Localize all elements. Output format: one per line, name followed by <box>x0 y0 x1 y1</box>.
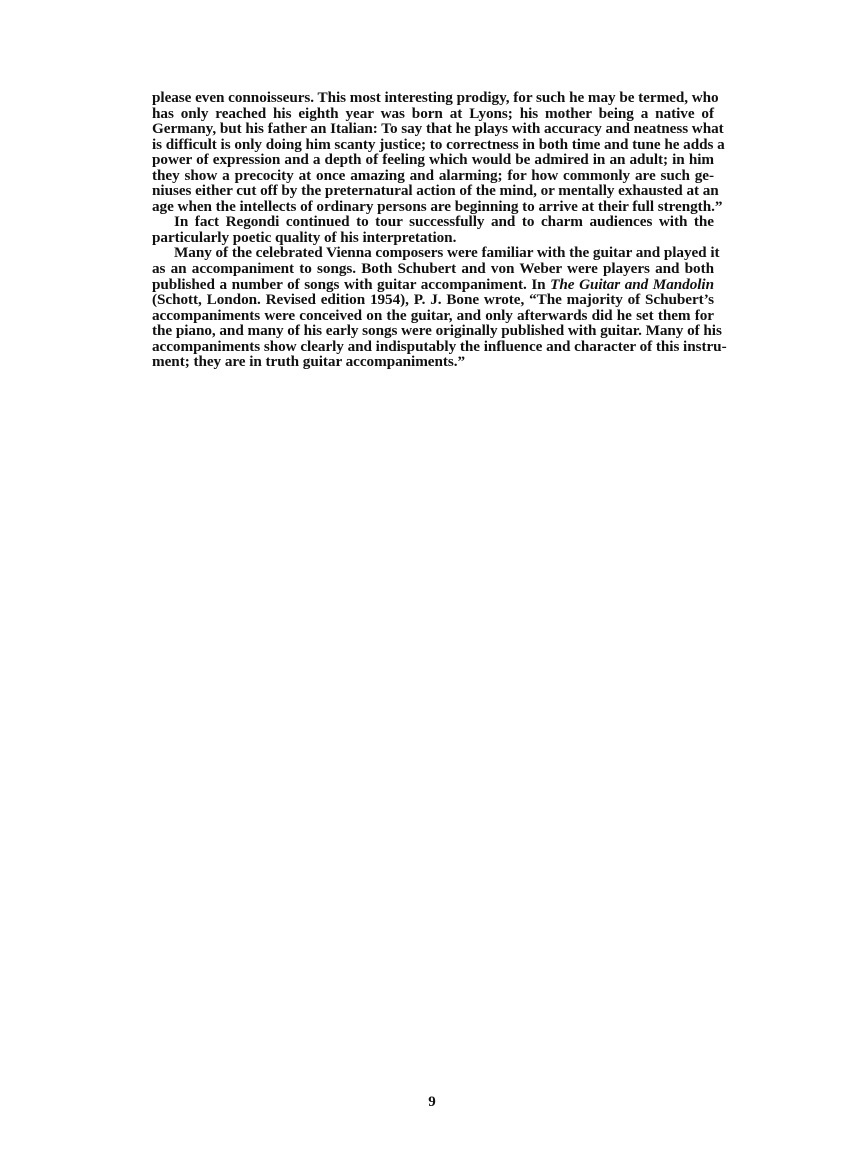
text-line: as an accompaniment to songs. Both Schub… <box>152 261 714 277</box>
book-title: The Guitar and Mandolin <box>550 276 714 293</box>
text-line: accompaniments show clearly and indisput… <box>152 339 714 355</box>
paragraph-vienna-composers: Many of the celebrated Vienna composers … <box>152 245 714 369</box>
page-number: 9 <box>0 1094 864 1111</box>
text-fragment: published a number of songs with guitar … <box>152 276 550 293</box>
text-line: the piano, and many of his early songs w… <box>152 323 714 339</box>
text-line-with-title: published a number of songs with guitar … <box>152 277 714 293</box>
text-line: particularly poetic quality of his inter… <box>152 230 714 246</box>
paragraph-regondi-tour: In fact Regondi continued to tour succes… <box>152 214 714 245</box>
book-page: please even connoisseurs. This most inte… <box>0 0 864 1152</box>
text-line: Germany, but his father an Italian: To s… <box>152 121 714 137</box>
text-line: they show a precocity at once amazing an… <box>152 168 714 184</box>
paragraph-quote-continuation: please even connoisseurs. This most inte… <box>152 90 714 214</box>
text-line: In fact Regondi continued to tour succes… <box>152 214 714 230</box>
text-line: ment; they are in truth guitar accompani… <box>152 354 714 370</box>
text-line: power of expression and a depth of feeli… <box>152 152 714 168</box>
text-line: is difficult is only doing him scanty ju… <box>152 137 714 153</box>
body-text: please even connoisseurs. This most inte… <box>152 90 714 370</box>
text-line: niuses either cut off by the preternatur… <box>152 183 714 199</box>
text-line: age when the intellects of ordinary pers… <box>152 199 714 215</box>
text-line: please even connoisseurs. This most inte… <box>152 90 714 106</box>
text-line: Many of the celebrated Vienna composers … <box>152 245 714 261</box>
text-line: accompaniments were conceived on the gui… <box>152 308 714 324</box>
text-line: (Schott, London. Revised edition 1954), … <box>152 292 714 308</box>
text-line: has only reached his eighth year was bor… <box>152 106 714 122</box>
